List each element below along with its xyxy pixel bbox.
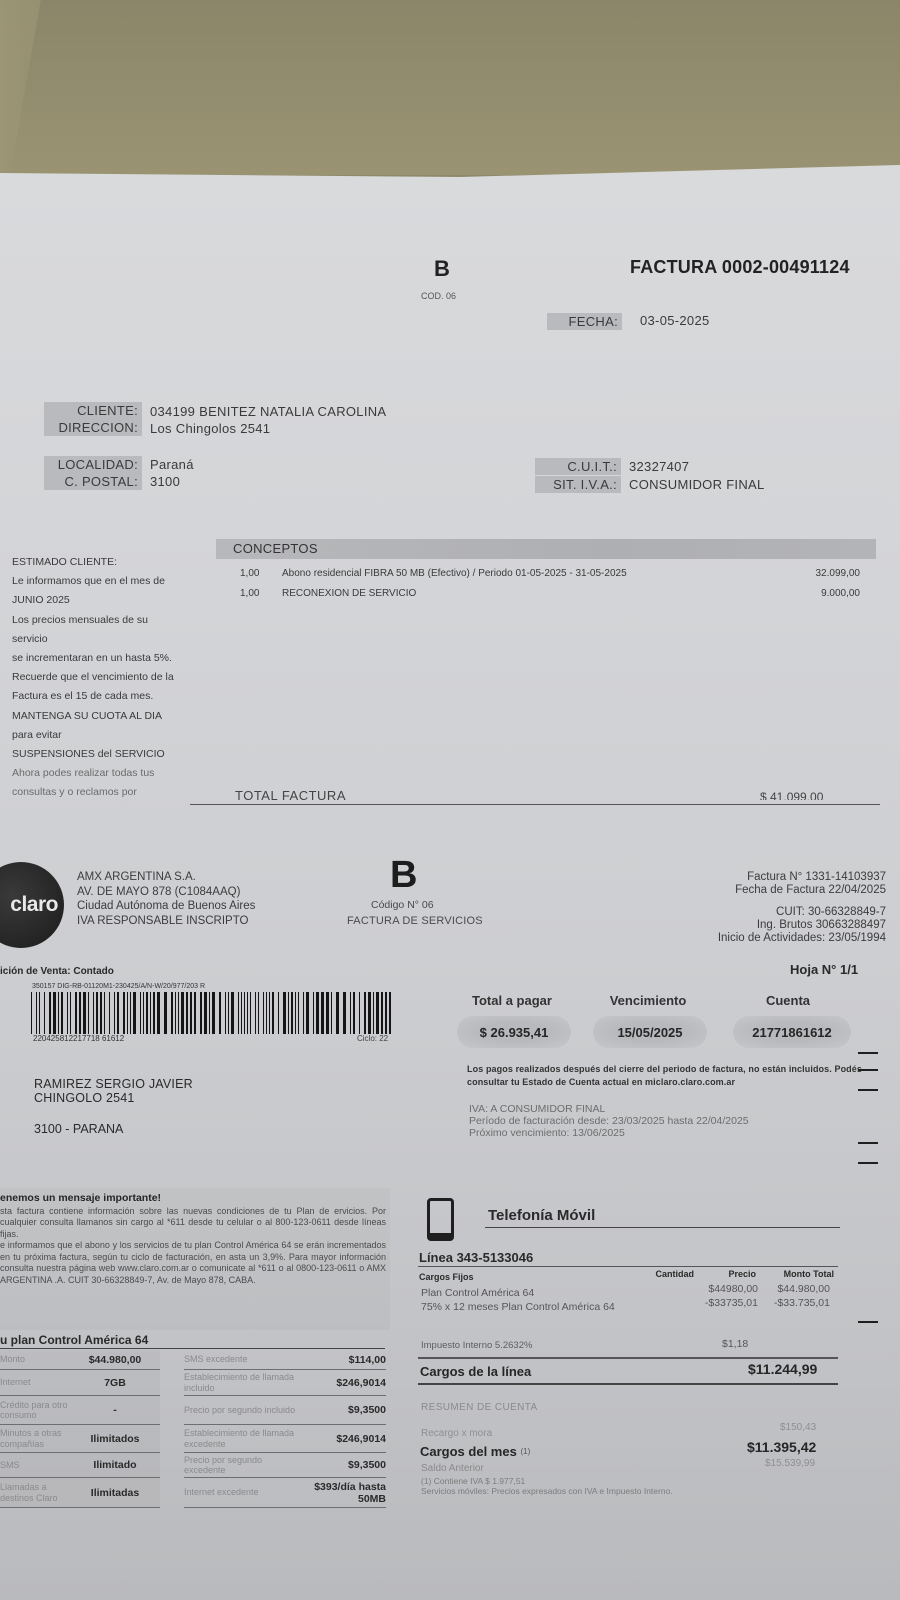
plan-label: SMS	[0, 1460, 70, 1471]
plan-value: Ilimitadas	[70, 1487, 160, 1499]
plan-row: Crédito para otro consumo-	[0, 1396, 160, 1425]
cuenta-label: Cuenta	[723, 993, 853, 1008]
company-city: Ciudad Autónoma de Buenos Aires	[77, 899, 255, 914]
account-summary-title: RESUMEN DE CUENTA	[421, 1402, 538, 1413]
company-address: AV. DE MAYO 878 (C1084AAQ)	[77, 885, 255, 900]
plan-label: SMS excedente	[184, 1354, 306, 1365]
localidad-value: Paraná	[150, 457, 194, 472]
charge-total: -$33.735,01	[760, 1297, 830, 1309]
line-charges-label: Cargos de la línea	[420, 1364, 531, 1379]
cuit-label: C.U.I.T.:	[535, 458, 621, 475]
localidad-label: LOCALIDAD:	[44, 456, 142, 473]
late-fee-value: $150,43	[780, 1422, 816, 1433]
notice-line: MANTENGA SU CUOTA AL DIA	[12, 707, 207, 726]
concept-amount: 9.000,00	[780, 588, 860, 599]
plan-label: Precio por segundo incluido	[184, 1405, 306, 1416]
notice-line: servicio	[12, 630, 207, 649]
plan-value: $246,9014	[306, 1377, 386, 1389]
line-charges-rule-bottom	[418, 1383, 838, 1385]
plan-value: $9,3500	[306, 1404, 386, 1416]
concept-row: 1,00 RECONEXION DE SERVICIO 9.000,00	[240, 588, 860, 599]
footnote: (1) Contiene IVA $ 1.977,51 Servicios mó…	[421, 1476, 673, 1496]
total-a-pagar-value: $ 26.935,41	[457, 1016, 571, 1048]
edge-mark	[858, 1321, 878, 1323]
total-a-pagar-label: Total a pagar	[447, 993, 577, 1008]
inicio-actividades: Inicio de Actividades: 23/05/1994	[718, 932, 886, 945]
customer-notice: ESTIMADO CLIENTE: Le informamos que en e…	[12, 553, 207, 803]
internal-tax-label: Impuesto Interno 5.2632%	[421, 1340, 532, 1351]
month-charges-value: $11.395,42	[747, 1439, 816, 1455]
claro-invoice-letter: B	[390, 854, 417, 897]
conceptos-title: CONCEPTOS	[233, 541, 318, 556]
plan-value: Ilimitado	[70, 1459, 160, 1471]
cuit-value: 32327407	[629, 459, 689, 474]
sit-iva-label: SIT. I.V.A.:	[535, 476, 621, 493]
plan-label: Crédito para otro consumo	[0, 1400, 70, 1421]
cliente-value: 034199 BENITEZ NATALIA CAROLINA	[150, 404, 386, 419]
direccion-value: Los Chingolos 2541	[150, 421, 270, 436]
concept-desc: Abono residencial FIBRA 50 MB (Efectivo)…	[282, 568, 780, 579]
recipient-city: 3100 - PARANA	[34, 1122, 123, 1136]
plan-row: SMS excedente$114,00	[184, 1350, 386, 1370]
plan-value: -	[70, 1404, 160, 1416]
phone-line-rule	[418, 1266, 838, 1267]
plan-value: $393/día hasta 50MB	[306, 1481, 386, 1505]
mobile-section-title: Telefonía Móvil	[488, 1207, 595, 1224]
edge-mark	[858, 1162, 878, 1164]
total-rule	[190, 804, 880, 805]
sale-condition: ición de Venta: Contado	[0, 966, 114, 977]
claro-invoice-code: Código N° 06	[371, 899, 434, 911]
plan-row: Establecimiento de llamada excedente$246…	[184, 1425, 386, 1453]
cuenta-value: 21771861612	[733, 1016, 851, 1048]
plan-label: Establecimiento de llamada excedente	[184, 1428, 306, 1449]
plan-row: SMSIlimitado	[0, 1453, 160, 1478]
message-title: enemos un mensaje importante!	[0, 1193, 386, 1205]
plan-value: $246,9014	[306, 1433, 386, 1445]
iva-condition: IVA: A CONSUMIDOR FINAL	[469, 1103, 749, 1115]
recipient-address: RAMIREZ SERGIO JAVIER CHINGOLO 2541	[34, 1078, 193, 1105]
month-charges-note: (1)	[520, 1447, 530, 1456]
col-monto-total: Monto Total	[770, 1269, 834, 1279]
billing-period: Período de facturación desde: 23/03/2025…	[469, 1115, 749, 1127]
notice-line: Le informamos que en el mes de	[12, 572, 207, 591]
recipient-street: CHINGOLO 2541	[34, 1092, 193, 1106]
charge-desc: 75% x 12 meses Plan Control América 64	[421, 1301, 631, 1314]
invoice-letter: B	[434, 256, 450, 282]
message-paragraph: sta factura contiene información sobre l…	[0, 1206, 386, 1241]
fixed-charges-label: Cargos Fijos	[419, 1272, 474, 1282]
month-charges-text: Cargos del mes	[420, 1444, 517, 1459]
sit-iva-value: CONSUMIDOR FINAL	[629, 477, 765, 492]
concept-qty: 1,00	[240, 588, 282, 599]
charge-price: $44980,00	[680, 1283, 758, 1295]
plan-label: Establecimiento de llamada incluido	[184, 1372, 306, 1393]
charge-desc: Plan Control América 64	[421, 1287, 534, 1299]
claro-invoice-type: FACTURA DE SERVICIOS	[347, 915, 483, 927]
plan-value: Ilimitados	[70, 1433, 160, 1445]
plan-row: Precio por segundo incluido$9,3500	[184, 1396, 386, 1425]
next-due-date: Próximo vencimiento: 13/06/2025	[469, 1127, 749, 1139]
footnote-iva: (1) Contiene IVA $ 1.977,51	[421, 1476, 673, 1486]
edge-mark	[858, 1052, 878, 1054]
notice-line: Factura es el 15 de cada mes.	[12, 687, 207, 706]
fecha-label: FECHA:	[547, 313, 622, 330]
plan-label: Monto	[0, 1354, 70, 1365]
barcode-reference: 350157 DIG-RB-01120M1-230425/A/N-W/20/97…	[32, 983, 205, 990]
postal-value: 3100	[150, 474, 180, 489]
notice-line: JUNIO 2025	[12, 591, 207, 610]
important-message: enemos un mensaje importante! sta factur…	[0, 1193, 386, 1286]
plan-label: Minutos a otras compañías	[0, 1428, 70, 1449]
edge-mark	[858, 1089, 878, 1091]
vencimiento-label: Vencimiento	[583, 993, 713, 1008]
internal-tax-value: $1,18	[722, 1338, 748, 1350]
notice-line: consultas y o reclamos por	[12, 783, 207, 802]
payment-note: Los pagos realizados después del cierre …	[467, 1063, 862, 1089]
plan-label: Internet excedente	[184, 1487, 306, 1498]
plan-table: Monto$44.980,00 Internet7GB Crédito para…	[0, 1350, 386, 1508]
concept-qty: 1,00	[240, 568, 282, 579]
notice-line: ESTIMADO CLIENTE:	[12, 553, 207, 572]
charge-price: -$33735,01	[680, 1297, 758, 1309]
notice-line: SUSPENSIONES del SERVICIO	[12, 745, 207, 764]
previous-balance-label: Saldo Anterior	[421, 1463, 484, 1474]
plan-value: $9,3500	[306, 1459, 386, 1471]
page-number: Hoja N° 1/1	[790, 962, 858, 977]
plan-row: Internet7GB	[0, 1370, 160, 1396]
barcode	[31, 992, 396, 1034]
edge-mark	[858, 1142, 878, 1144]
mobile-title-rule	[485, 1227, 840, 1228]
plan-row: Precio por segundo excedente$9,3500	[184, 1453, 386, 1478]
previous-balance-value: $15.539,99	[765, 1458, 815, 1469]
notice-line: Los precios mensuales de su	[12, 611, 207, 630]
line-charges-value: $11.244,99	[748, 1361, 817, 1377]
plan-value: 7GB	[70, 1377, 160, 1389]
background-wall	[0, 0, 900, 175]
month-charges-label: Cargos del mes (1)	[420, 1444, 530, 1459]
background-paper-edge	[0, 0, 70, 175]
plan-value: $44.980,00	[70, 1354, 160, 1366]
footnote-prices: Servicios móviles: Precios expresados co…	[421, 1486, 673, 1496]
concept-amount: 32.099,00	[780, 568, 860, 579]
edge-mark	[858, 1069, 878, 1071]
company-name: AMX ARGENTINA S.A.	[77, 870, 255, 885]
concept-desc: RECONEXION DE SERVICIO	[282, 588, 780, 599]
recipient-name: RAMIREZ SERGIO JAVIER	[34, 1078, 193, 1092]
fecha-value: 03-05-2025	[640, 313, 710, 328]
invoice-code: COD. 06	[421, 291, 456, 301]
billing-period-info: IVA: A CONSUMIDOR FINAL Período de factu…	[469, 1103, 749, 1139]
claro-logo-text: claro	[10, 893, 58, 917]
invoice-date: Fecha de Factura 22/04/2025	[718, 884, 886, 897]
ing-brutos: Ing. Brutos 30663288497	[718, 919, 886, 932]
late-fee-label: Recargo x mora	[421, 1428, 492, 1439]
plan-label: Precio por segundo excedente	[184, 1455, 306, 1476]
line-charges-rule-top	[418, 1357, 838, 1359]
plan-row: Establecimiento de llamada incluido$246,…	[184, 1370, 386, 1396]
cliente-label: CLIENTE:	[44, 402, 142, 419]
notice-line: Recuerde que el vencimiento de la	[12, 668, 207, 687]
col-precio: Precio	[712, 1269, 756, 1279]
company-iva: IVA RESPONSABLE INSCRIPTO	[77, 914, 255, 929]
col-cantidad: Cantidad	[648, 1269, 694, 1279]
mobile-phone-icon	[427, 1198, 454, 1241]
direccion-label: DIRECCION:	[44, 419, 142, 436]
invoice-info: Factura N° 1331-14103937 Fecha de Factur…	[718, 871, 886, 945]
plan-column-right: SMS excedente$114,00 Establecimiento de …	[184, 1350, 386, 1508]
total-factura-label: TOTAL FACTURA	[235, 788, 346, 803]
phone-line: Línea 343-5133046	[419, 1250, 533, 1265]
concept-row: 1,00 Abono residencial FIBRA 50 MB (Efec…	[240, 568, 860, 579]
plan-row: Llamadas a destinos ClaroIlimitadas	[0, 1478, 160, 1508]
notice-line: se incrementaran en un hasta 5%.	[12, 649, 207, 668]
postal-label: C. POSTAL:	[44, 473, 142, 490]
message-paragraph: e informamos que el abono y los servicio…	[0, 1240, 386, 1286]
billing-cycle: Ciclo: 22	[357, 1034, 388, 1043]
company-info: AMX ARGENTINA S.A. AV. DE MAYO 878 (C108…	[77, 870, 255, 928]
company-cuit: CUIT: 30-66328849-7	[718, 906, 886, 919]
plan-column-left: Monto$44.980,00 Internet7GB Crédito para…	[0, 1350, 160, 1508]
vencimiento-value: 15/05/2025	[593, 1016, 707, 1048]
plan-row: Internet excedente$393/día hasta 50MB	[184, 1478, 386, 1508]
notice-line: Ahora podes realizar todas tus	[12, 764, 207, 783]
invoice-title: FACTURA 0002-00491124	[630, 257, 850, 278]
invoice-number: Factura N° 1331-14103937	[718, 871, 886, 884]
notice-line: para evitar	[12, 726, 207, 745]
plan-row: Minutos a otras compañíasIlimitados	[0, 1425, 160, 1453]
plan-row: Monto$44.980,00	[0, 1350, 160, 1370]
plan-title: u plan Control América 64	[0, 1333, 148, 1347]
barcode-number: 220425812217718 61612	[33, 1034, 124, 1043]
plan-label: Internet	[0, 1377, 70, 1388]
charge-total: $44.980,00	[760, 1283, 830, 1295]
plan-value: $114,00	[306, 1354, 386, 1366]
plan-rule	[0, 1348, 385, 1349]
plan-label: Llamadas a destinos Claro	[0, 1482, 70, 1503]
